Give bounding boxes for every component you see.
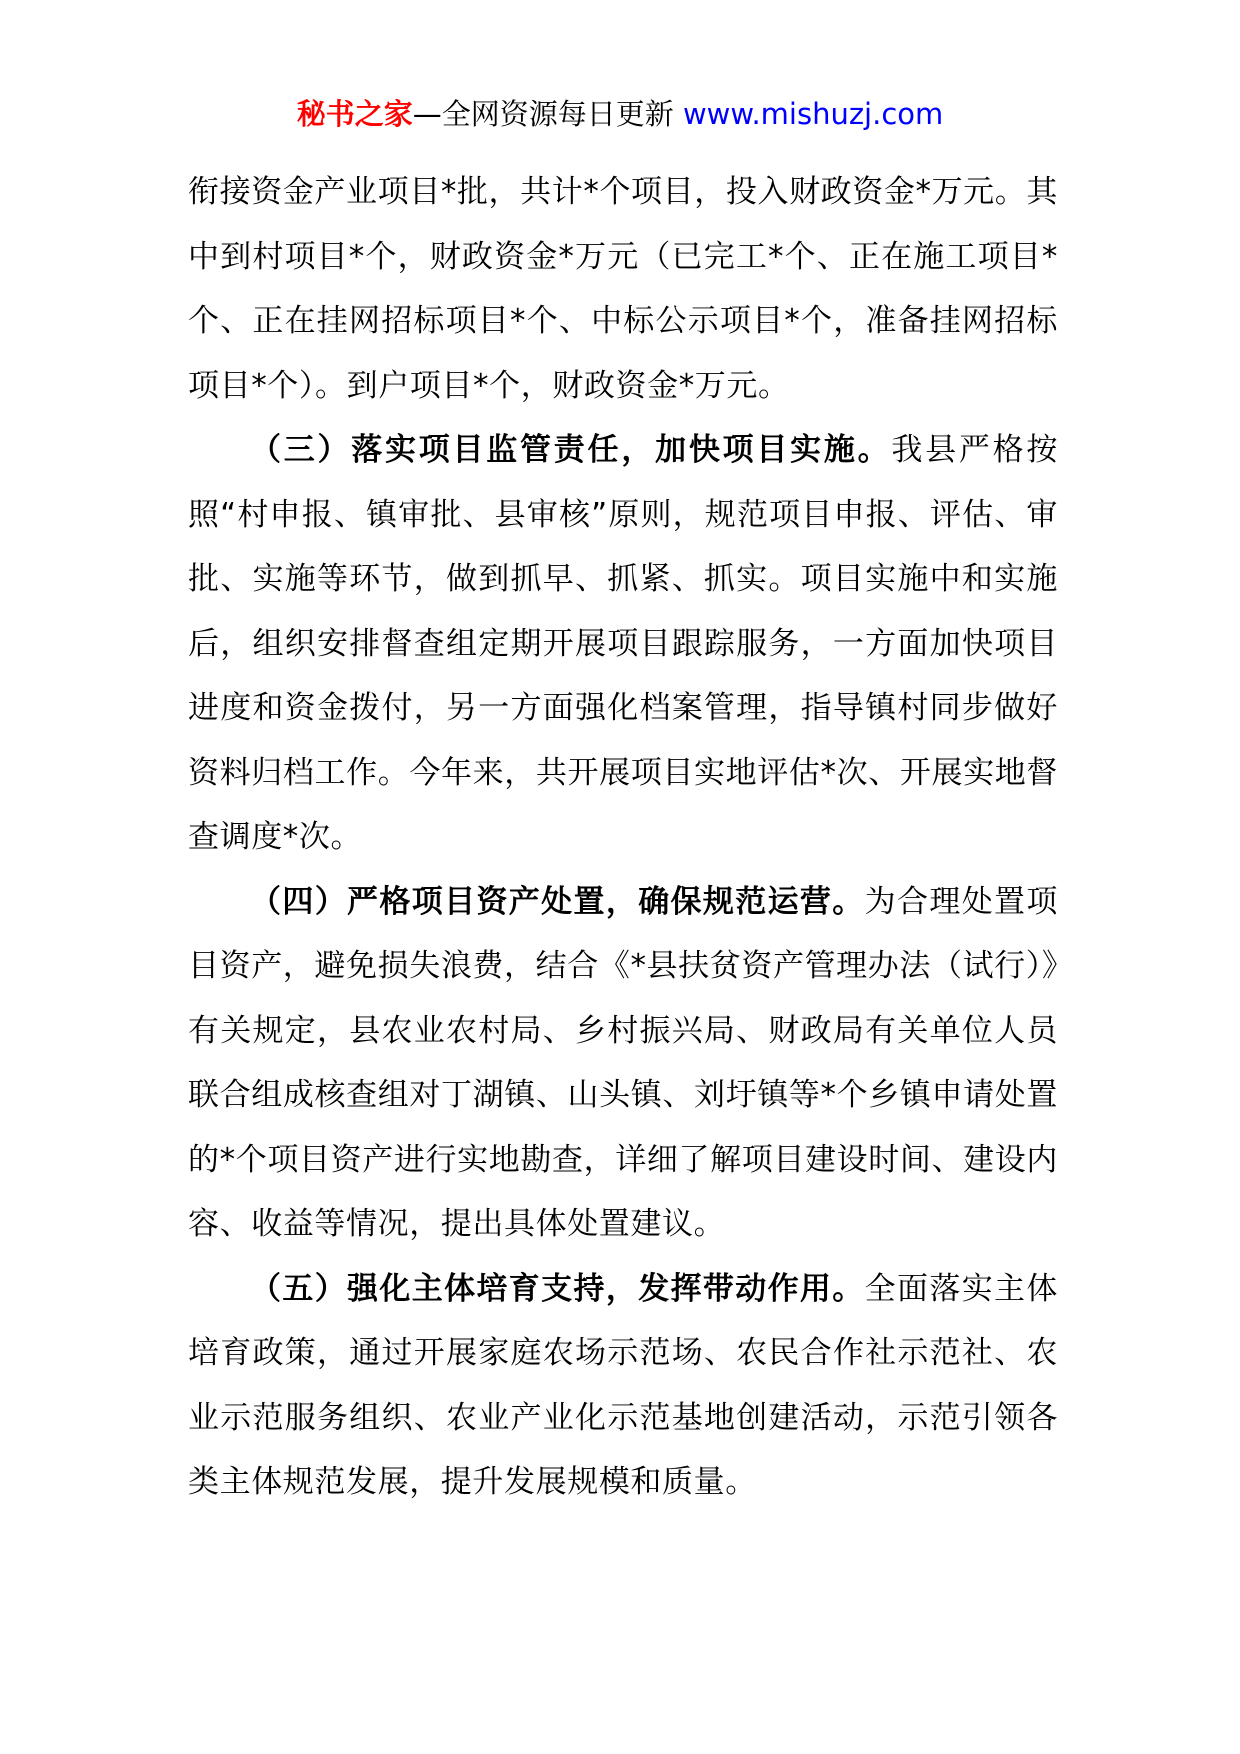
brand-name: 秘书之家	[297, 97, 413, 131]
paragraph-text: 我县严格按照“村申报、镇审批、县审核”原则，规范项目申报、评估、审批、实施等环节…	[188, 432, 1058, 855]
paragraph-section-3: （三）落实项目监管责任，加快项目实施。我县严格按照“村申报、镇审批、县审核”原则…	[188, 418, 1058, 870]
paragraph-continuation: 衔接资金产业项目*批，共计*个项目，投入财政资金*万元。其中到村项目*个，财政资…	[188, 160, 1058, 418]
paragraph-section-4: （四）严格项目资产处置，确保规范运营。为合理处置项目资产，避免损失浪费，结合《*…	[188, 870, 1058, 1257]
document-body: 衔接资金产业项目*批，共计*个项目，投入财政资金*万元。其中到村项目*个，财政资…	[188, 160, 1058, 1515]
header-tagline: —全网资源每日更新	[413, 97, 683, 131]
paragraph-text: 衔接资金产业项目*批，共计*个项目，投入财政资金*万元。其中到村项目*个，财政资…	[188, 174, 1058, 404]
section-heading: （五）强化主体培育支持，发挥带动作用。	[250, 1271, 865, 1307]
paragraph-section-5: （五）强化主体培育支持，发挥带动作用。全面落实主体培育政策，通过开展家庭农场示范…	[188, 1257, 1058, 1515]
section-heading: （四）严格项目资产处置，确保规范运营。	[250, 884, 865, 920]
site-header: 秘书之家—全网资源每日更新 www.mishuzj.com	[0, 96, 1240, 132]
paragraph-text: 为合理处置项目资产，避免损失浪费，结合《*县扶贫资产管理办法（试行）》有关规定，…	[188, 884, 1058, 1243]
site-url-link[interactable]: www.mishuzj.com	[683, 97, 943, 131]
section-heading: （三）落实项目监管责任，加快项目实施。	[250, 432, 891, 468]
